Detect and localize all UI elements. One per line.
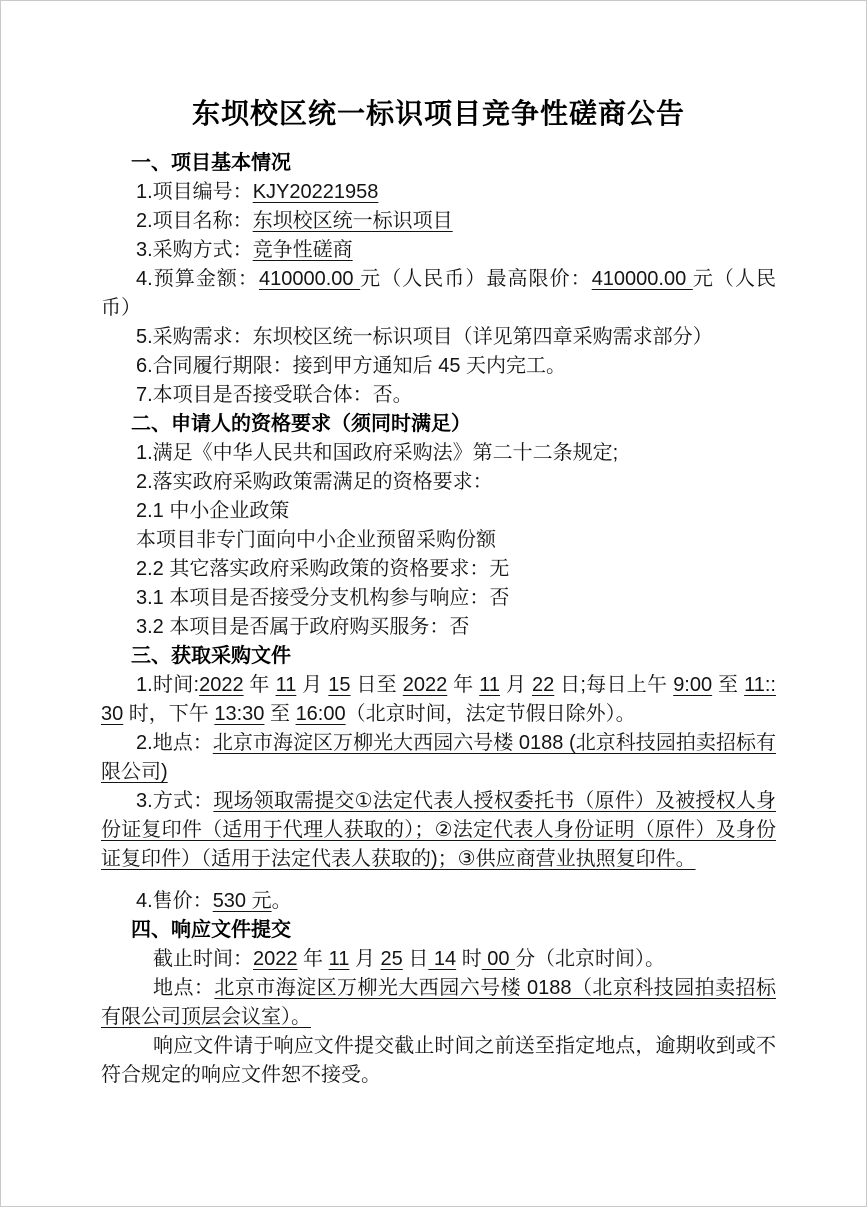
underlined-text: 00	[482, 948, 515, 970]
underlined-text: 2022	[253, 948, 298, 970]
text-segment: 1.满足《中华人民共和国政府采购法》第二十二条规定;	[136, 442, 618, 464]
text-segment: 三、获取采购文件	[131, 645, 291, 667]
paragraph: 响应文件请于响应文件提交截止时间之前送至指定地点，逾期收到或不符合规定的响应文件…	[101, 1032, 776, 1090]
section-heading: 四、响应文件提交	[101, 916, 776, 945]
underlined-text: 11	[479, 674, 500, 696]
text-segment: 日;每日上午	[554, 674, 673, 696]
document-content: 东坝校区统一标识项目竞争性磋商公告 一、项目基本情况1.项目编号：KJY2022…	[1, 1, 866, 1090]
paragraph: 4.售价：530 元。	[101, 887, 776, 916]
text-segment: 年	[298, 948, 329, 970]
underlined-text: KJY20221958	[253, 181, 379, 203]
text-segment: 至	[264, 703, 295, 725]
paragraph: 1.时间:2022 年 11 月 15 日至 2022 年 11 月 22 日;…	[101, 671, 776, 729]
underlined-text: 2022	[403, 674, 448, 696]
text-segment: 2.地点：	[136, 732, 213, 754]
text-segment: 年	[244, 674, 276, 696]
text-segment: 3.方式：	[136, 790, 213, 812]
underlined-text: 11	[276, 674, 297, 696]
underlined-text: 15	[328, 674, 350, 696]
paragraph: 3.采购方式：竞争性磋商	[101, 236, 776, 265]
paragraph: 7.本项目是否接受联合体：否。	[101, 381, 776, 410]
paragraph: 2.2 其它落实政府采购政策的资格要求：无	[101, 555, 776, 584]
paragraph: 2.1 中小企业政策	[101, 497, 776, 526]
paragraph: 2.项目名称：东坝校区统一标识项目	[101, 207, 776, 236]
underlined-text: 13:30	[214, 703, 264, 725]
underlined-text: 16:00	[296, 703, 346, 725]
underlined-text: 410000.00	[592, 268, 693, 290]
text-segment: 分（北京时间）。	[515, 948, 665, 970]
text-segment: 3.1 本项目是否接受分支机构参与响应：否	[136, 587, 509, 609]
paragraph: 3.1 本项目是否接受分支机构参与响应：否	[101, 584, 776, 613]
underlined-text: 竞争性磋商	[253, 239, 353, 261]
text-segment: 3.2 本项目是否属于政府购买服务：否	[136, 616, 469, 638]
text-segment: 月	[349, 948, 380, 970]
text-segment: 元（人民币）最高限价：	[360, 268, 592, 290]
text-segment: （北京时间，法定节假日除外）。	[346, 703, 636, 725]
paragraph: 6.合同履行期限：接到甲方通知后 45 天内完工。	[101, 352, 776, 381]
text-segment: 1.项目编号：	[136, 181, 253, 203]
paragraph: 截止时间：2022 年 11 月 25 日 14 时 00 分（北京时间）。	[101, 945, 776, 974]
section-heading: 三、获取采购文件	[101, 642, 776, 671]
paragraph: 5.采购需求：东坝校区统一标识项目（详见第四章采购需求部分）	[101, 323, 776, 352]
text-segment: 时，下午	[123, 703, 214, 725]
text-segment: 二、申请人的资格要求（须同时满足）	[131, 413, 471, 435]
text-segment: 日	[403, 948, 429, 970]
text-segment: 4.售价：	[136, 890, 213, 912]
text-segment: 响应文件请于响应文件提交截止时间之前送至指定地点，逾期收到或不符合规定的响应文件…	[101, 1035, 776, 1086]
paragraph: 1.满足《中华人民共和国政府采购法》第二十二条规定;	[101, 439, 776, 468]
paragraph: 3.方式：现场领取需提交①法定代表人授权委托书（原件）及被授权人身份证复印件（适…	[101, 787, 776, 874]
text-segment: 2.1 中小企业政策	[136, 500, 289, 522]
underlined-text: 11	[329, 948, 350, 970]
text-segment: 5.采购需求：东坝校区统一标识项目（详见第四章采购需求部分）	[136, 326, 713, 348]
text-segment: 3.采购方式：	[136, 239, 253, 261]
section-heading: 二、申请人的资格要求（须同时满足）	[101, 410, 776, 439]
underlined-text: 530 元	[213, 890, 272, 912]
underlined-text: 东坝校区统一标识项目	[253, 210, 453, 232]
paragraph: 1.项目编号：KJY20221958	[101, 178, 776, 207]
paragraph: 本项目非专门面向中小企业预留采购份额	[101, 526, 776, 555]
text-segment: 。	[272, 890, 292, 912]
text-segment: 月	[296, 674, 328, 696]
paragraph: 地点：北京市海淀区万柳光大西园六号楼 0188（北京科技园拍卖招标有限公司顶层会…	[101, 974, 776, 1032]
paragraph: 2.落实政府采购政策需满足的资格要求：	[101, 468, 776, 497]
underlined-text: 25	[381, 948, 403, 970]
text-segment: 2.2 其它落实政府采购政策的资格要求：无	[136, 558, 509, 580]
text-segment: 至	[712, 674, 744, 696]
text-segment: 月	[500, 674, 532, 696]
document-title: 东坝校区统一标识项目竞争性磋商公告	[101, 91, 776, 137]
text-segment: 1.时间:	[136, 674, 199, 696]
paragraph: 2.地点：北京市海淀区万柳光大西园六号楼 0188 (北京科技园拍卖招标有限公司…	[101, 729, 776, 787]
text-segment: 截止时间：	[153, 948, 253, 970]
text-segment: 6.合同履行期限：接到甲方通知后 45 天内完工。	[136, 355, 566, 377]
text-segment: 2.项目名称：	[136, 210, 253, 232]
text-segment: 地点：	[153, 977, 214, 999]
text-segment: 日至	[351, 674, 403, 696]
spacer	[101, 874, 776, 887]
text-segment: 一、项目基本情况	[131, 152, 291, 174]
document-page: 东坝校区统一标识项目竞争性磋商公告 一、项目基本情况1.项目编号：KJY2022…	[0, 0, 867, 1207]
section-heading: 一、项目基本情况	[101, 149, 776, 178]
text-segment: 本项目非专门面向中小企业预留采购份额	[136, 529, 496, 551]
underlined-text: 410000.00	[259, 268, 360, 290]
text-segment: 4.预算金额：	[136, 268, 259, 290]
text-segment: 2.落实政府采购政策需满足的资格要求：	[136, 471, 493, 493]
underlined-text: 9:00	[673, 674, 712, 696]
paragraph: 3.2 本项目是否属于政府购买服务：否	[101, 613, 776, 642]
text-segment: 7.本项目是否接受联合体：否。	[136, 384, 413, 406]
text-segment: 年	[447, 674, 479, 696]
underlined-text: 14	[428, 948, 456, 970]
underlined-text: 2022	[199, 674, 244, 696]
text-segment: 四、响应文件提交	[131, 919, 291, 941]
text-segment: 时	[456, 948, 482, 970]
paragraph: 4.预算金额：410000.00 元（人民币）最高限价：410000.00 元（…	[101, 265, 776, 323]
underlined-text: 22	[532, 674, 554, 696]
document-body: 一、项目基本情况1.项目编号：KJY202219582.项目名称：东坝校区统一标…	[101, 149, 776, 1090]
